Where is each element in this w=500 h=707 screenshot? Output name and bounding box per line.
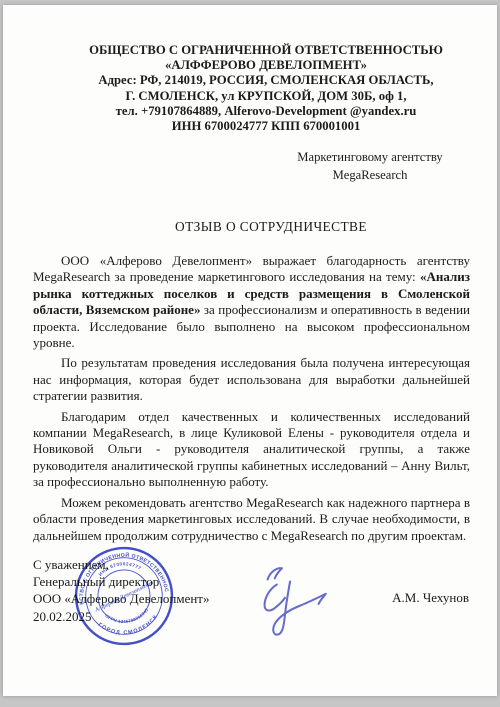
paragraph-3: Благодарим отдел качественных и количест… — [33, 409, 470, 491]
letter-body: ООО «Алферово Девелопмент» выражает благ… — [33, 253, 470, 548]
paragraph-4: Можем рекомендовать агентство MegaResear… — [33, 495, 470, 544]
letterhead: ОБЩЕСТВО С ОГРАНИЧЕННОЙ ОТВЕТСТВЕННОСТЬЮ… — [3, 43, 497, 134]
company-stamp-icon: ОБЩЕСТВО С ОГРАНИЧЕННОЙ ОТВЕТСТВЕННОСТЬЮ… — [66, 538, 183, 655]
letterhead-inn-kpp: ИНН 6700024777 КПП 670001001 — [35, 119, 497, 134]
letterhead-address-1: Адрес: РФ, 214019, РОССИЯ, СМОЛЕНСКАЯ ОБ… — [35, 73, 497, 88]
paragraph-1-intro: ООО «Алферово Девелопмент» выражает благ… — [33, 253, 470, 284]
letterhead-contacts: тел. +79107864889, Alferovo-Development … — [35, 104, 497, 119]
svg-text:ОГРН 1246700015343: ОГРН 1246700015343 — [104, 606, 151, 627]
letterhead-company-name: «АЛФФЕРОВО ДЕВЕЛОПМЕНТ» — [35, 58, 497, 73]
signatory-name: А.М. Чехунов — [392, 590, 469, 606]
handwritten-signature-icon — [236, 560, 338, 652]
letterhead-company-type: ОБЩЕСТВО С ОГРАНИЧЕННОЙ ОТВЕТСТВЕННОСТЬЮ — [35, 43, 497, 58]
stamp-ogrn-text: ОГРН 1246700015343 — [104, 606, 151, 627]
letterhead-address-2: Г. СМОЛЕНСК, ул КРУПСКОЙ, ДОМ 30Б, оф 1, — [35, 89, 497, 104]
recipient-agency: MegaResearch — [288, 166, 452, 184]
document-title: ОТЗЫВ О СОТРУДНИЧЕСТВЕ — [3, 219, 497, 235]
paragraph-2: По результатам проведения исследования б… — [33, 355, 470, 404]
letter-page: ОБЩЕСТВО С ОГРАНИЧЕННОЙ ОТВЕТСТВЕННОСТЬЮ… — [3, 5, 497, 696]
recipient-line: Маркетинговому агентству — [288, 148, 452, 166]
paragraph-1: ООО «Алферово Девелопмент» выражает благ… — [33, 253, 470, 351]
recipient-block: Маркетинговому агентству MegaResearch — [288, 148, 452, 184]
